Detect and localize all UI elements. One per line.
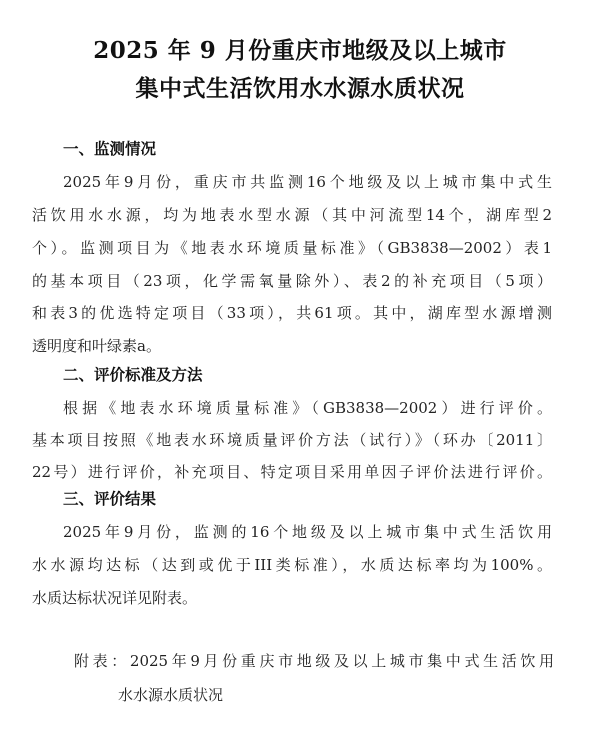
paragraph-line: 2025年9月份，监测的16个地级及以上城市集中式生活饮用 [63, 521, 552, 543]
document-page: 2025 年 9 月份重庆市地级及以上城市 集中式生活饮用水水源水质状况 一、监… [0, 0, 600, 731]
section-heading-monitoring: 一、监测情况 [63, 138, 156, 160]
paragraph-line: 水水源均达标（达到或优于III类标准），水质达标率均为100%。 [32, 554, 552, 576]
annex-reference-line-1: 附表：2025年9月份重庆市地级及以上城市集中式生活饮用 [74, 650, 554, 672]
paragraph-line: 22号）进行评价，补充项目、特定项目采用单因子评价法进行评价。 [32, 461, 552, 483]
paragraph-line: 根据《地表水环境质量标准》（GB3838—2002）进行评价。 [63, 397, 552, 419]
paragraph-line: 2025年9月份，重庆市共监测16个地级及以上城市集中式生 [63, 171, 552, 193]
paragraph-line: 水质达标状况详见附表。 [32, 587, 552, 609]
paragraph-line: 和表3的优选特定项目（33项），共61项。其中，湖库型水源增测 [32, 302, 552, 324]
paragraph-line: 个）。监测项目为《地表水环境质量标准》（GB3838—2002）表1 [32, 237, 552, 259]
paragraph-line: 的基本项目（23项，化学需氧量除外）、表2的补充项目（5项） [32, 270, 552, 292]
document-title-line-1: 2025 年 9 月份重庆市地级及以上城市 [0, 36, 600, 66]
document-title-line-2: 集中式生活饮用水水源水质状况 [0, 74, 600, 104]
paragraph-line: 基本项目按照《地表水环境质量评价方法（试行）》（环办〔2011〕 [32, 429, 552, 451]
paragraph-line: 透明度和叶绿素a。 [32, 335, 552, 357]
section-heading-evaluation-results: 三、评价结果 [63, 488, 156, 510]
paragraph-line: 活饮用水水源，均为地表水型水源（其中河流型14个，湖库型2 [32, 204, 552, 226]
section-heading-evaluation-method: 二、评价标准及方法 [63, 364, 203, 386]
annex-reference-line-2: 水水源水质状况 [118, 684, 223, 706]
